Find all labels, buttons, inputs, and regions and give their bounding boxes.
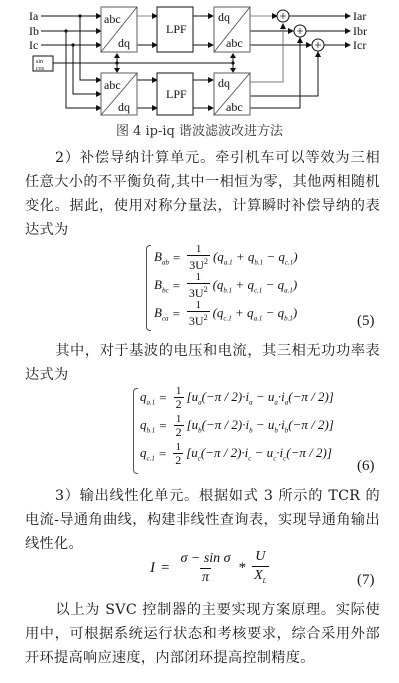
- equation-number-6: (6): [357, 458, 375, 475]
- svg-text:dq: dq: [218, 76, 230, 90]
- equation-line: Bbc=13U2(qb.1 + qc.1 − qa.1): [154, 272, 297, 299]
- equation-line: qb.1=12[ub(−π / 2)·ib − ub·ib(−π / 2)]: [140, 414, 334, 438]
- svg-text:abc: abc: [104, 12, 121, 26]
- equation-number-5: (5): [357, 313, 375, 330]
- svg-text:cos: cos: [36, 66, 45, 72]
- svg-text:abc: abc: [104, 78, 121, 92]
- svg-text:Iar: Iar: [353, 9, 366, 23]
- svg-text:abc: abc: [226, 36, 243, 50]
- svg-text:LPF: LPF: [166, 87, 187, 101]
- svg-text:sin: sin: [36, 59, 43, 65]
- equation-number-7: (7): [357, 572, 375, 589]
- svg-text:abc: abc: [226, 100, 243, 114]
- paragraph-reactive-power: 其中，对于基波的电压和电流，其三相无功功率表达式为: [25, 339, 380, 387]
- equation-line: Bab=13U2(qa.1 + qb.1 − qc.1): [154, 244, 298, 271]
- svg-text:dq: dq: [118, 36, 130, 50]
- svg-text:dq: dq: [218, 10, 230, 24]
- equation-brace: [133, 388, 138, 474]
- input-ib-label: Ib: [29, 24, 39, 38]
- paragraph-compensation-admittance: 2）补偿导纳计算单元。牵引机车可以等效为三相任意大小的不平衡负荷,其中一相恒为零…: [25, 146, 380, 242]
- equation-line: Bca=13U2(qc.1 + qa.1 − qb.1): [154, 300, 297, 327]
- equation-brace: [146, 245, 151, 331]
- input-ic-label: Ic: [29, 38, 38, 52]
- equation-line: I=σ − sin σπ*UXL: [150, 548, 272, 590]
- paragraph-summary: 以上为 SVC 控制器的主要实现方案原理。实际使用中，可根据系统运行状态和考核要…: [25, 598, 380, 670]
- equation-line: qa.1=12[ua(−π / 2)·ia − ua·ia(−π / 2)]: [140, 386, 334, 410]
- svg-text:dq: dq: [118, 100, 130, 114]
- paragraph-output-linearization: 3）输出线性化单元。根据如式 3 所示的 TCR 的电流-导通角曲线，构建非线性…: [25, 484, 380, 556]
- figure-caption: 图 4 ip-iq 谐波滤波改进方法: [0, 120, 399, 139]
- equation-line: qc.1=12[uc(−π / 2)·ic − uc·ic(−π / 2)]: [140, 442, 332, 466]
- ip-iq-block-diagram: Ia Ib Ic Iar Ibr Icr sin cos abcdq abcdq…: [0, 0, 399, 126]
- svg-text:Icr: Icr: [353, 38, 366, 52]
- svg-text:Ibr: Ibr: [353, 24, 367, 38]
- input-ia-label: Ia: [29, 9, 39, 23]
- svg-text:LPF: LPF: [166, 22, 187, 36]
